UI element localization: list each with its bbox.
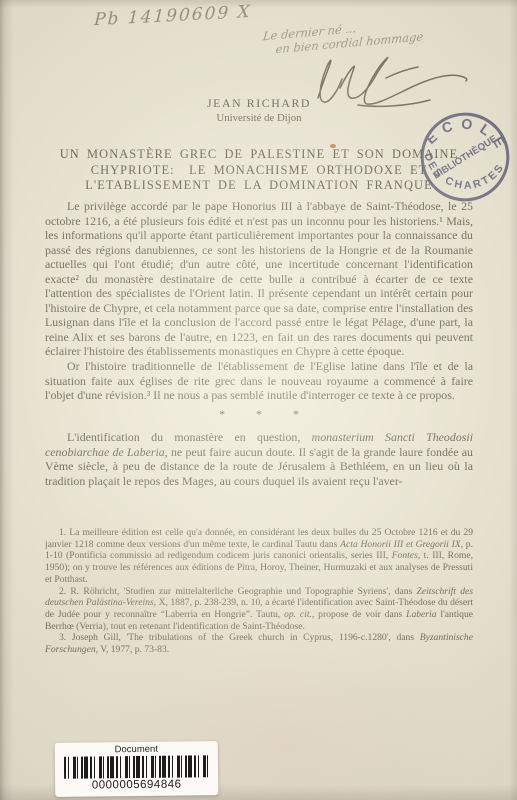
scanned-article-page: Pb 14190609 X Le dernier né ... en bien … [0, 0, 517, 800]
paragraph-1: Le privilège accordé par le pape Honoriu… [45, 199, 473, 359]
signature-flourish-icon [288, 48, 473, 110]
paragraph-3: L'identification du monastère en questio… [45, 430, 473, 488]
accession-number-handwritten: Pb 14190609 X [94, 2, 253, 30]
footnote-3: 3. Joseph Gill, 'The tribulations of the… [45, 632, 473, 655]
title-line1: UN MONASTÈRE GREC DE PALESTINE ET SON DO… [45, 147, 473, 163]
footnote-1: 1. La meilleure édition est celle qu'a d… [45, 527, 473, 586]
title-line2: CHYPRIOTE: LE MONACHISME ORTHODOXE ET [45, 163, 473, 179]
barcode-label: Document 0000005694846 [55, 741, 219, 797]
paragraph-2: Or l'histoire traditionnelle de l'établi… [45, 359, 473, 403]
stamp-seal-icon: ECOLE DES CHARTES BIBLIOTHÈQUE [407, 99, 517, 214]
section-separator: * * * [45, 407, 473, 422]
article-body: Le privilège accordé par le pape Honoriu… [45, 199, 473, 488]
barcode-icon [63, 755, 209, 779]
footnote-2: 2. R. Röhricht, 'Studien zur mittelalter… [45, 586, 473, 633]
document-label: Document [55, 743, 218, 756]
library-stamp: ECOLE DES CHARTES BIBLIOTHÈQUE [407, 99, 517, 214]
footnotes-block: 1. La meilleure édition est celle qu'a d… [45, 527, 473, 656]
barcode-number: 0000005694846 [55, 778, 218, 792]
